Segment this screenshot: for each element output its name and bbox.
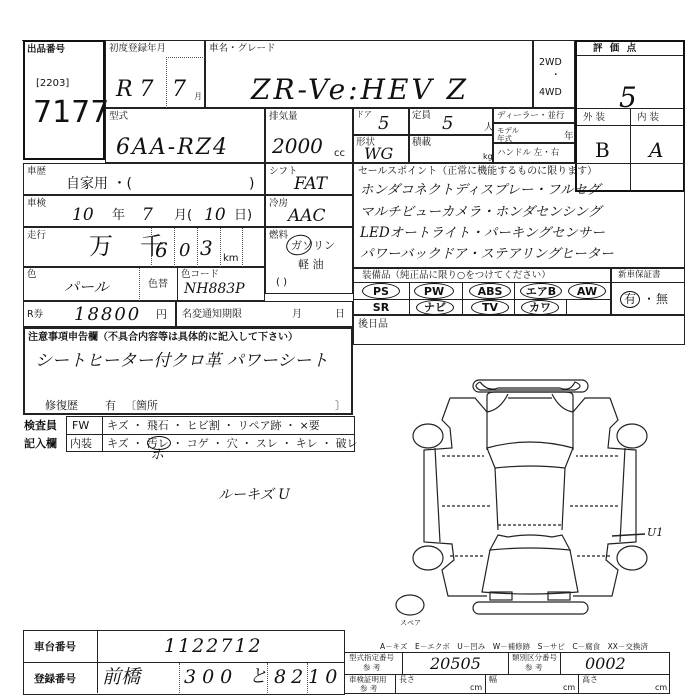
registration-digits: 8210 — [274, 668, 342, 687]
width-label: 幅 — [489, 676, 497, 684]
handle-label: ハンドル 左・右 — [497, 149, 559, 158]
equipment-ps: PS — [362, 286, 400, 297]
doors-label: ドア — [356, 111, 372, 119]
equipment-navi: ナビ — [416, 302, 454, 313]
spec-col — [508, 653, 509, 674]
name-change-cell: 名変通知期限 月 日 — [176, 301, 353, 327]
doors-value: 5 — [378, 115, 389, 133]
yen-unit: 円 — [156, 309, 167, 320]
interior-row-label: 内装 — [70, 438, 92, 449]
car-name-label: 車名・グレード — [209, 44, 276, 54]
model-year-cell: モデル年式 年 — [493, 123, 575, 143]
equipment-col — [566, 299, 567, 315]
lot-number-box: 出品番号 [2203] 7177 — [23, 40, 105, 160]
mileage-label: 走行 — [27, 231, 46, 241]
first-registration-cell: 初度登録年月 R 7 7 月 — [105, 40, 205, 108]
drive-cell: 2WD ・ 4WD — [533, 40, 575, 108]
car-damage-diagram-icon — [380, 370, 700, 620]
cert-sub: 参 考 — [360, 685, 377, 693]
registration-label: 登録番号 — [34, 674, 76, 685]
color-code-label: 色コード — [181, 270, 219, 280]
sales-point-line: LEDオートライト・パーキングセンサー — [360, 227, 605, 241]
car-name: ZR-Ve:HEV Z — [251, 76, 469, 104]
score-header: 評 価 点 — [577, 42, 683, 56]
warranty-label: 新車保証書 — [618, 271, 661, 280]
chassis-table: 車台番号 1122712 登録番号 前橋 300 と 8210 — [23, 630, 345, 695]
score-label: 評 価 点 — [593, 44, 638, 54]
drive-4wd: 4WD — [539, 88, 562, 98]
model-code-label: 型式 — [109, 112, 128, 122]
inspection-day-unit: 日) — [234, 209, 252, 222]
chassis-label: 車台番号 — [34, 642, 76, 653]
drive-2wd: 2WD — [539, 58, 562, 68]
recycle-value: 18800 — [74, 306, 141, 324]
mileage-digit: 6 — [155, 240, 168, 260]
spec-table: 型式指定番号 参 考 20505 類別区分番号 参 考 0002 車検証明用 参… — [344, 652, 670, 694]
sales-points-box: セールスポイント（正常に機能するものに限ります） ホンダコネクトディスプレー・フ… — [353, 163, 685, 268]
capacity-label: 定員 — [412, 111, 431, 121]
cm-unit: cm — [655, 684, 667, 692]
exterior-grade: B — [595, 140, 610, 160]
inspection-year-unit: 年 — [112, 209, 125, 222]
shift-cell: シフト FAT — [265, 163, 353, 195]
equipment-leather: カワ — [521, 302, 559, 313]
aftermarket-label: 後日品 — [358, 320, 388, 330]
color-label: 色 — [27, 270, 37, 280]
equipment-sr: SR — [362, 302, 400, 313]
class-number-label: 類別区分番号 — [512, 654, 557, 662]
spec-col — [395, 674, 396, 693]
dealer-label: ディーラー・並行 — [497, 112, 564, 121]
drive-dot: ・ — [551, 71, 561, 81]
load-unit: kg — [483, 153, 493, 161]
equipment-col — [514, 282, 515, 315]
model-code-cell: 型式 6AA-RZ4 — [105, 108, 265, 163]
length-label: 長さ — [399, 676, 415, 684]
lot-label: 出品番号 — [27, 45, 65, 55]
inspection-month-unit: 月( — [174, 209, 192, 222]
car-name-cell: 車名・グレード ZR-Ve:HEV Z — [205, 40, 533, 108]
equipment-col — [462, 282, 463, 315]
repair-location: 〔箇所 — [125, 400, 158, 411]
chassis-rule — [24, 662, 344, 663]
displacement-label: 排気量 — [269, 112, 298, 122]
color-row: 色 パール 色替 色コード NH883P — [23, 267, 265, 301]
equipment-pw: PW — [414, 286, 454, 297]
class-number-sub: 参 考 — [525, 664, 542, 672]
registration-kana: と — [249, 668, 267, 686]
aftermarket-box: 後日品 — [353, 315, 685, 345]
color-divider — [139, 268, 140, 301]
color-code: NH883P — [184, 282, 245, 296]
equipment-tv: TV — [471, 302, 509, 313]
digit-divider — [197, 228, 198, 267]
cc-unit: cc — [334, 149, 345, 159]
recycle-cell: R券 18800 円 — [23, 301, 176, 327]
chassis-col — [97, 631, 98, 693]
fuel-other: ( ) — [276, 278, 287, 288]
fw-label: FW — [72, 420, 89, 431]
capacity-cell: 定員 5 人 — [409, 108, 493, 135]
equipment-box: 装備品（純正品に限り○をつけてください） PS PW ABS エアB AW SR… — [353, 268, 611, 315]
inspector-col — [102, 417, 103, 451]
history-cell: 車歴 自家用 ・( ) — [23, 163, 265, 195]
digit-divider — [151, 228, 152, 267]
spare-label: スペア — [400, 620, 421, 627]
inspection-month: 7 — [142, 207, 153, 224]
inspector-rule — [67, 434, 354, 435]
interior-grade: A — [649, 140, 663, 160]
name-change-label: 名変通知期限 — [182, 310, 242, 320]
auction-code: [2203] — [36, 79, 69, 89]
cm-unit: cm — [470, 684, 482, 692]
mileage-man: 万 — [89, 234, 113, 258]
warranty-no: 無 — [656, 293, 668, 305]
class-number-value: 0002 — [585, 656, 626, 672]
year-unit: 年 — [564, 132, 574, 142]
model-code: 6AA-RZ4 — [116, 137, 229, 159]
notes-label: 注意事項申告欄（不具合内容等は具体的に記入して下さい） — [28, 333, 298, 343]
type-designation-value: 20505 — [430, 656, 481, 672]
repair-label: 修復歴 — [45, 400, 78, 411]
equipment-col — [409, 282, 410, 315]
equipment-airbag: エアB — [520, 286, 562, 297]
inspector-entry-label: 記入欄 — [24, 438, 57, 449]
doors-cell: ドア 5 — [353, 108, 409, 135]
inspector-label: 検査員 — [24, 420, 57, 431]
warranty-box: 新車保証書 有 ・ 無 — [611, 268, 685, 315]
fuel-diesel: 軽 油 — [298, 259, 324, 270]
first-reg-label: 初度登録年月 — [109, 44, 166, 54]
color-code-divider — [177, 268, 178, 301]
interior-annotation: ホ — [150, 448, 164, 462]
cm-unit: cm — [563, 684, 575, 692]
model-year-label: モデル年式 — [497, 127, 525, 142]
mileage-digit: 0 — [179, 242, 190, 260]
warranty-yes: 有 — [624, 293, 636, 305]
first-reg-year: R 7 — [116, 79, 154, 101]
fuel-label: 燃料 — [269, 231, 288, 241]
history-label: 車歴 — [27, 167, 46, 177]
spec-col — [402, 653, 403, 674]
interior-label: 内 装 — [637, 113, 659, 123]
km-unit: km — [223, 254, 239, 264]
displacement-value: 2000 — [272, 136, 323, 156]
load-cell: 積載 kg — [409, 135, 493, 163]
repair-value: 有 — [105, 400, 116, 411]
history-value: 自家用 ・( — [66, 177, 132, 191]
type-designation-label: 型式指定番号 — [349, 654, 394, 662]
sales-point-line: パワーバックドア・ステアリングヒーター — [360, 248, 614, 262]
registration-area: 前橋 — [102, 668, 140, 687]
inspection-day: 10 — [204, 207, 226, 224]
warranty-rule — [612, 282, 684, 283]
sales-point-line: マルチビューカメラ・ホンダセンシング — [360, 206, 601, 220]
color-value: パール — [64, 280, 109, 295]
type-designation-sub: 参 考 — [363, 664, 380, 672]
grade-divider — [630, 109, 631, 125]
ac-value: AAC — [288, 208, 326, 225]
inspector-table: FW キズ ・ 飛石 ・ ヒビ割 ・ リペア跡 ・ ×要 内装 キズ ・ 汚レ … — [66, 416, 355, 452]
registration-class: 300 — [184, 668, 238, 687]
cert-label: 車検証明用 — [349, 676, 387, 684]
recycle-label: R券 — [27, 310, 43, 320]
chassis-number: 1122712 — [164, 637, 263, 656]
damage-legend: A－キズ E－エクボ U－凹み W－補修跡 S－サビ C－腐食 XX－交換済 — [380, 643, 648, 651]
name-change-month: 月 — [292, 310, 302, 320]
first-reg-month: 7 — [172, 79, 186, 101]
notes-value: シートヒーター付クロ革 パワーシート — [35, 353, 328, 370]
sales-points-label: セールスポイント（正常に機能するものに限ります） — [358, 167, 597, 177]
equipment-aw: AW — [568, 286, 606, 297]
color-change-label: 色替 — [148, 280, 168, 290]
ac-cell: 冷房 AAC — [265, 195, 353, 227]
notes-box: 注意事項申告欄（不具合内容等は具体的に記入して下さい） シートヒーター付クロ革 … — [23, 327, 353, 415]
fuel-cell: 燃料 ガソリン 軽 油 ( ) — [265, 227, 353, 294]
dealer-cell: ディーラー・並行 — [493, 108, 575, 123]
spec-rule — [345, 674, 669, 675]
history-close: ) — [249, 177, 254, 191]
fuel-gasoline: ガソリン — [291, 240, 335, 251]
reg-divider — [267, 663, 268, 693]
spec-col — [560, 653, 561, 674]
exterior-label: 外 装 — [583, 113, 605, 123]
body-shape-value: WG — [364, 146, 393, 162]
ac-label: 冷房 — [269, 199, 288, 209]
diagram-annotation: U1 — [647, 527, 663, 538]
repair-close: 〕 — [335, 400, 346, 411]
name-change-day: 日 — [335, 310, 345, 320]
capacity-value: 5 — [442, 115, 453, 133]
shift-value: FAT — [294, 176, 327, 193]
load-label: 積載 — [412, 138, 431, 148]
interior-items: キズ ・ 汚レ ・ コゲ ・ 穴 ・ スレ ・ キレ ・ 破レ — [107, 438, 358, 449]
inspection-cell: 車検 10 年 7 月( 10 日) — [23, 195, 265, 227]
spec-col — [578, 674, 579, 693]
spec-col — [485, 674, 486, 693]
digit-divider — [174, 228, 175, 267]
equipment-label: 装備品（純正品に限り○をつけてください） — [362, 271, 551, 281]
mileage-cell: 走行 万 千 6 0 3 km — [23, 227, 265, 267]
digit-divider — [220, 228, 221, 267]
grade-header: 外 装 内 装 — [577, 108, 683, 126]
sales-point-line: ホンダコネクトディスプレー・フルセグ — [360, 184, 600, 198]
height-label: 高さ — [582, 676, 598, 684]
displacement-cell: 排気量 2000 cc — [265, 108, 353, 163]
reg-divider — [179, 663, 180, 693]
inspector-note: ルーキズ U — [218, 488, 290, 502]
lot-number: 7177 — [33, 98, 109, 128]
body-shape-cell: 形状 WG — [353, 135, 409, 163]
handle-cell: ハンドル 左・右 — [493, 143, 575, 163]
fw-items: キズ ・ 飛石 ・ ヒビ割 ・ リペア跡 ・ ×要 — [107, 420, 320, 431]
warranty-sep: ・ — [643, 293, 655, 305]
month-unit: 月 — [194, 93, 202, 101]
inspection-label: 車検 — [27, 199, 46, 209]
mileage-digit: 3 — [200, 238, 213, 258]
inspection-year: 10 — [72, 207, 94, 224]
equipment-abs: ABS — [469, 286, 511, 297]
digit-divider — [242, 228, 243, 267]
